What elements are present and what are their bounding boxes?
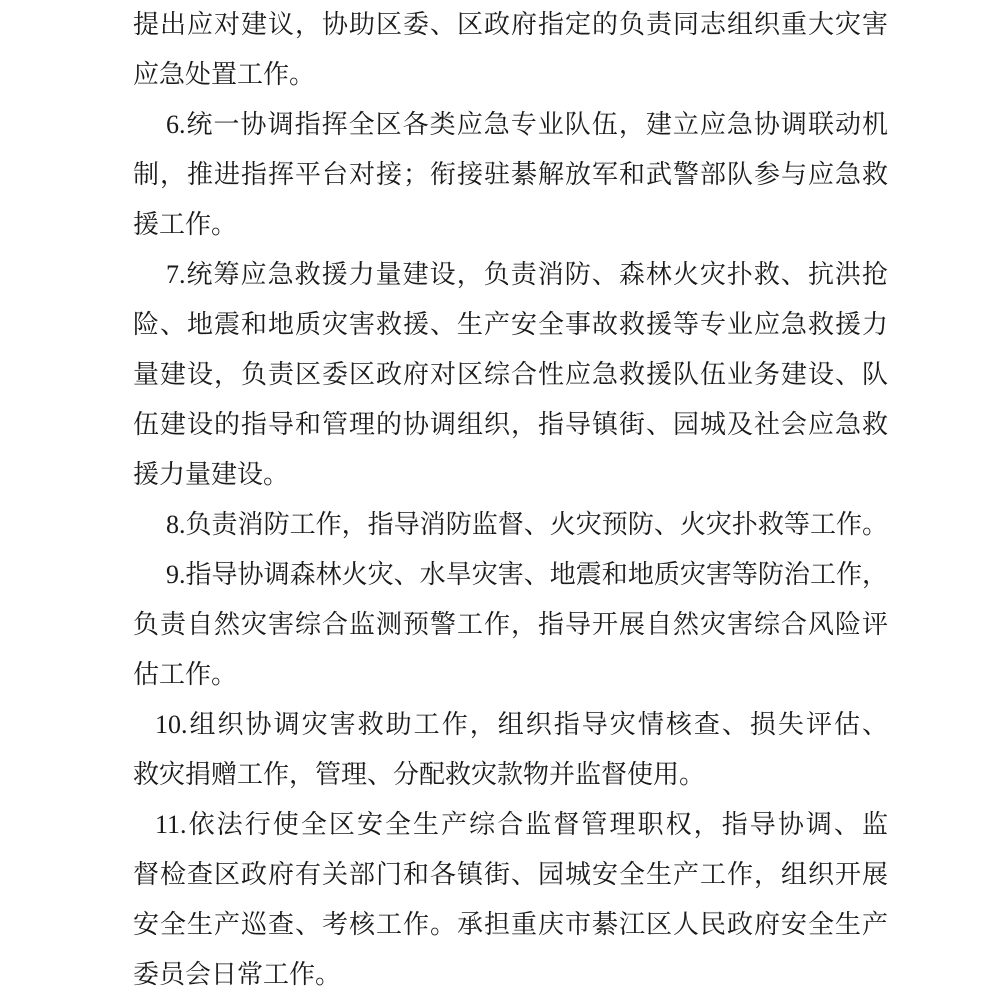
document-text-column: 提出应对建议，协助区委、区政府指定的负责同志组织重大灾害 应急处置工作。 6.统… xyxy=(133,0,888,1000)
text-line: 9.指导协调森林火灾、水旱灾害、地震和地质灾害等防治工作， xyxy=(133,550,888,600)
text-line: 负责自然灾害综合监测预警工作，指导开展自然灾害综合风险评 xyxy=(133,600,888,650)
text-line: 6.统一协调指挥全区各类应急专业队伍，建立应急协调联动机 xyxy=(133,100,888,150)
text-line: 援力量建设。 xyxy=(133,450,888,500)
text-line: 制，推进指挥平台对接；衔接驻綦解放军和武警部队参与应急救 xyxy=(133,150,888,200)
text-line: 委员会日常工作。 xyxy=(133,950,888,1000)
text-line: 督检查区政府有关部门和各镇街、园城安全生产工作，组织开展 xyxy=(133,850,888,900)
text-line: 10.组织协调灾害救助工作，组织指导灾情核查、损失评估、 xyxy=(133,700,888,750)
text-line: 提出应对建议，协助区委、区政府指定的负责同志组织重大灾害 xyxy=(133,0,888,50)
text-line: 7.统筹应急救援力量建设，负责消防、森林火灾扑救、抗洪抢 xyxy=(133,250,888,300)
text-line: 量建设，负责区委区政府对区综合性应急救援队伍业务建设、队 xyxy=(133,350,888,400)
document-page: 提出应对建议，协助区委、区政府指定的负责同志组织重大灾害 应急处置工作。 6.统… xyxy=(0,0,1000,1003)
text-line: 险、地震和地质灾害救援、生产安全事故救援等专业应急救援力 xyxy=(133,300,888,350)
text-line: 8.负责消防工作，指导消防监督、火灾预防、火灾扑救等工作。 xyxy=(133,500,888,550)
text-line: 应急处置工作。 xyxy=(133,50,888,100)
text-line: 救灾捐赠工作，管理、分配救灾款物并监督使用。 xyxy=(133,750,888,800)
text-line: 援工作。 xyxy=(133,200,888,250)
text-line: 伍建设的指导和管理的协调组织，指导镇街、园城及社会应急救 xyxy=(133,400,888,450)
text-line: 11.依法行使全区安全生产综合监督管理职权，指导协调、监 xyxy=(133,800,888,850)
text-line: 安全生产巡查、考核工作。承担重庆市綦江区人民政府安全生产 xyxy=(133,900,888,950)
text-line: 估工作。 xyxy=(133,650,888,700)
